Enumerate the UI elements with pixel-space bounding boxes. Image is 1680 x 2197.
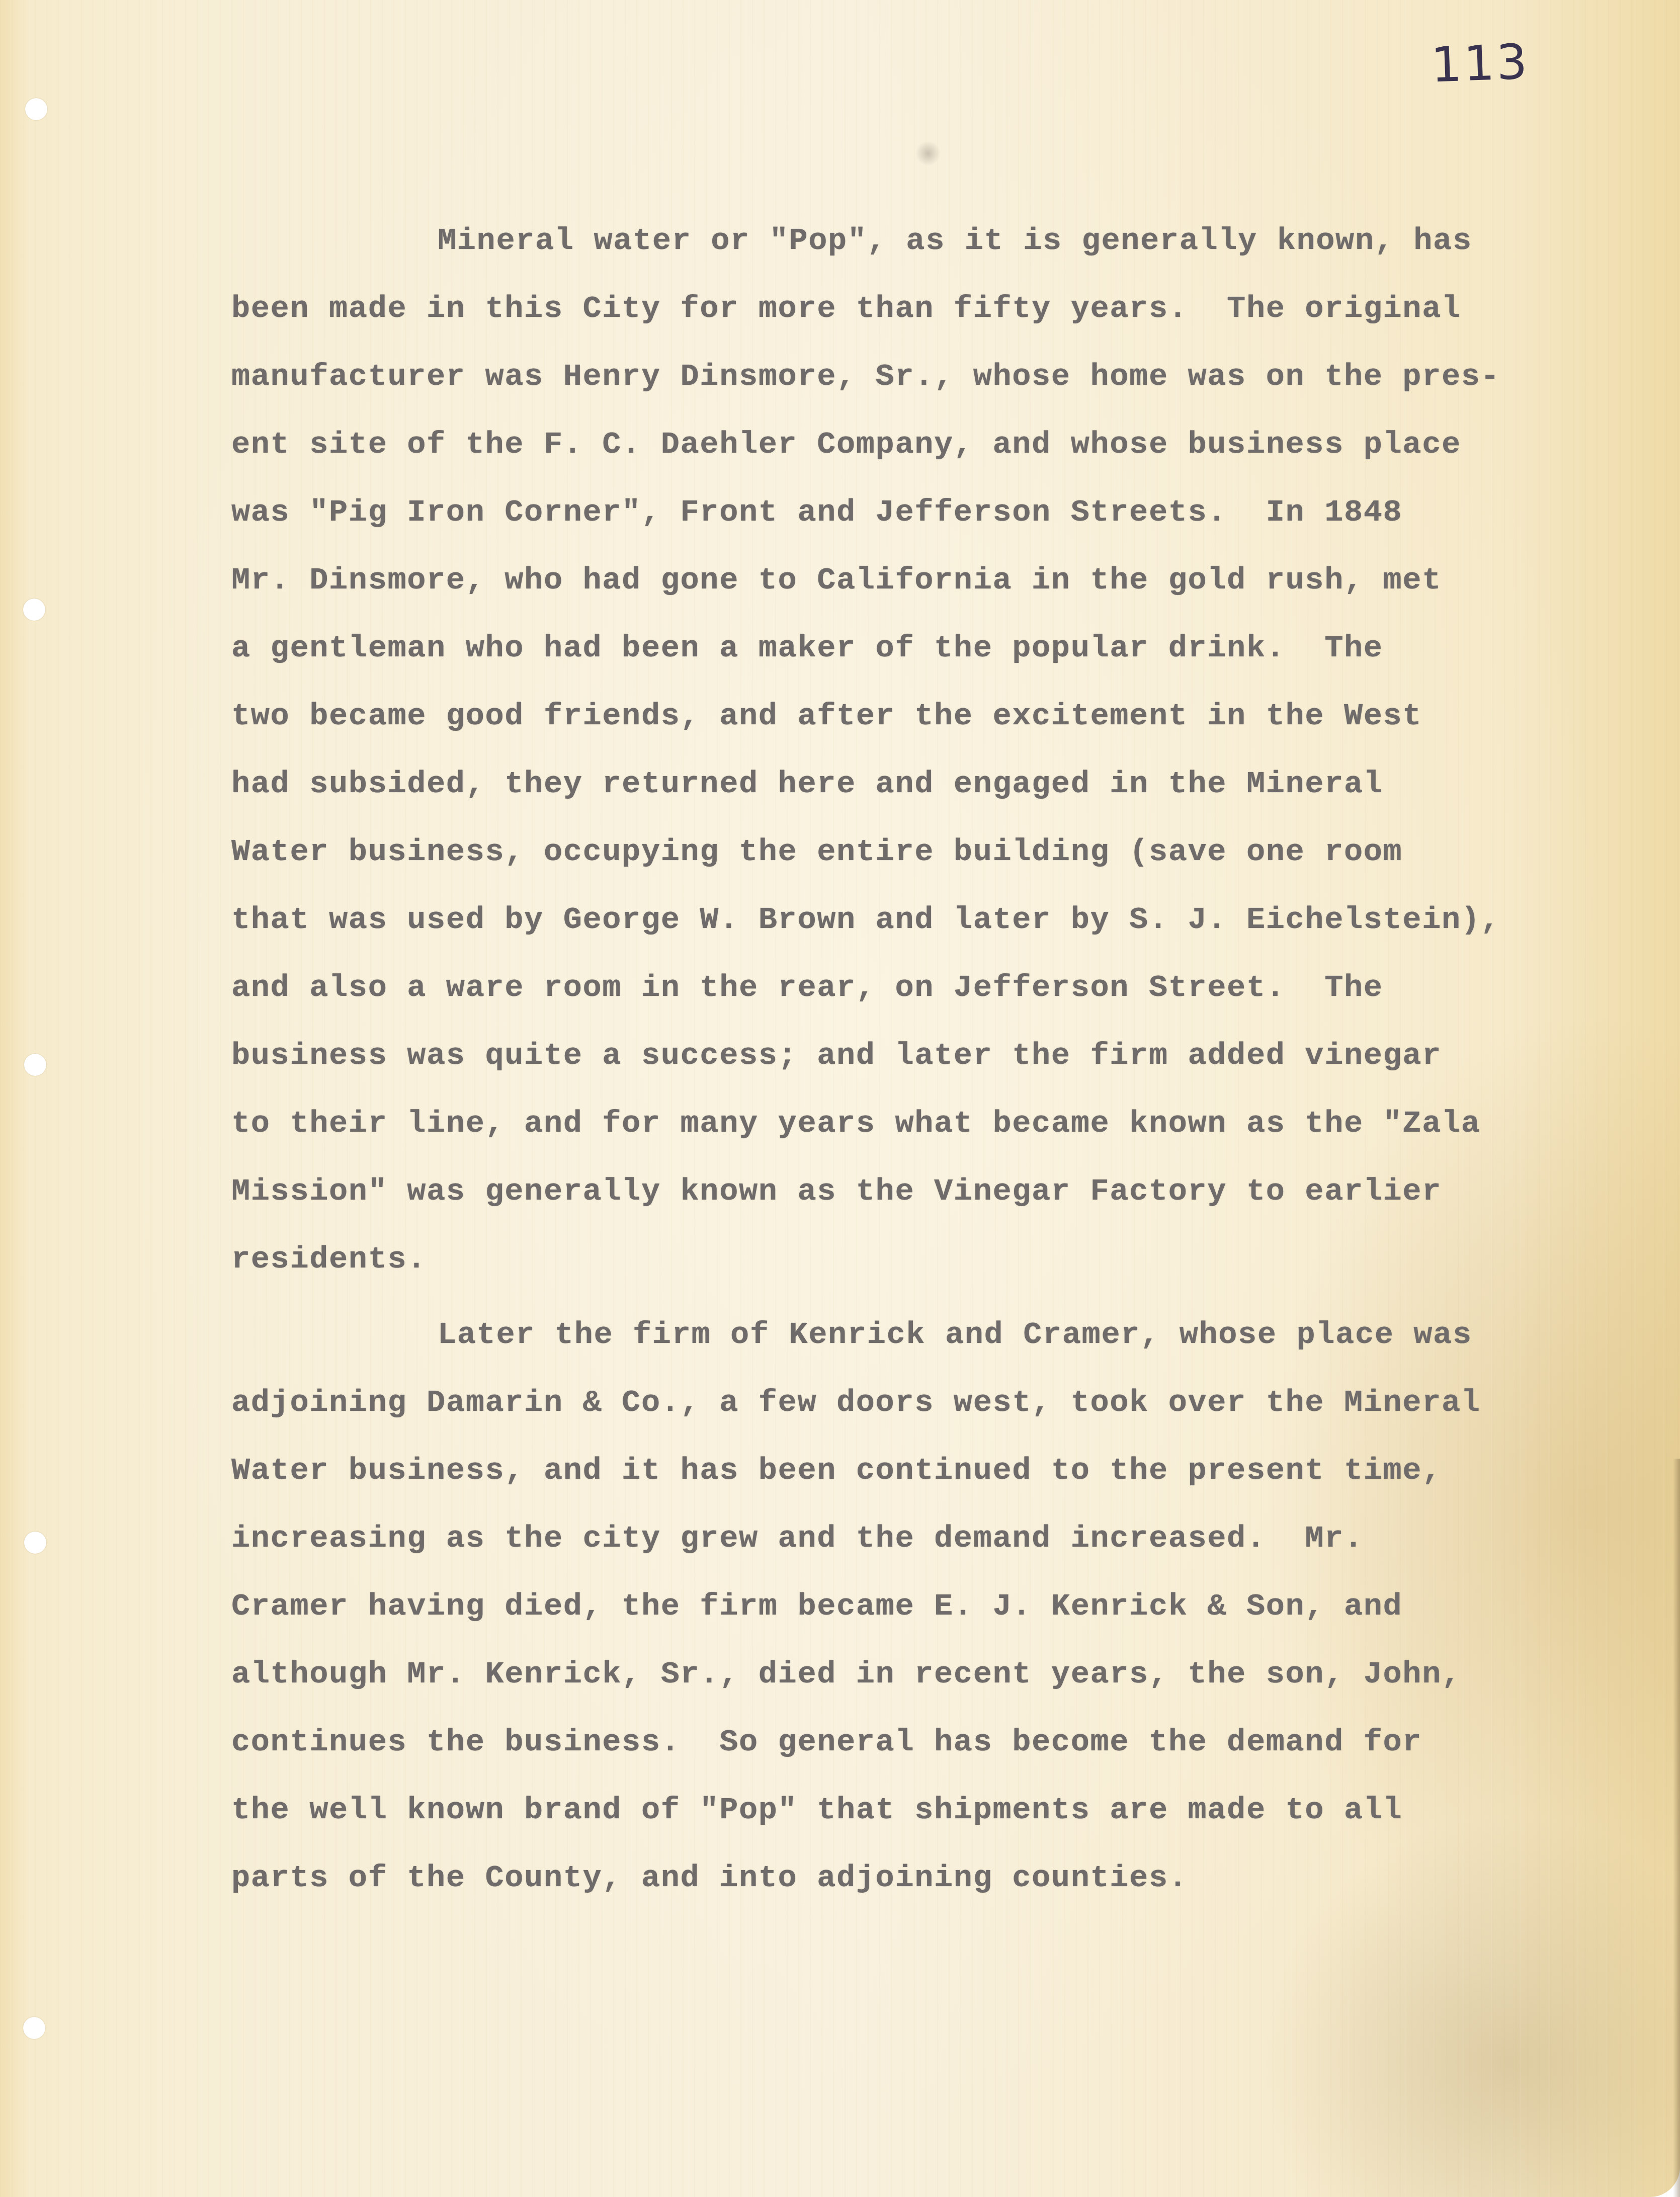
punch-hole-4	[24, 1532, 46, 1554]
typed-line: been made in this City for more than fif…	[231, 293, 1461, 324]
typed-line: Water business, and it has been continue…	[231, 1455, 1442, 1486]
typed-line: Later the firm of Kenrick and Cramer, wh…	[438, 1319, 1472, 1350]
typed-line: and also a ware room in the rear, on Jef…	[231, 972, 1383, 1003]
typed-line: Cramer having died, the firm became E. J…	[231, 1591, 1402, 1622]
punch-hole-3	[24, 1054, 46, 1076]
typed-line: parts of the County, and into adjoining …	[231, 1863, 1188, 1894]
handwritten-page-number: 113	[1430, 34, 1530, 94]
punch-hole-2	[23, 599, 45, 621]
punch-hole-5	[23, 2017, 45, 2039]
typed-line: residents.	[231, 1244, 427, 1275]
typed-line: although Mr. Kenrick, Sr., died in recen…	[231, 1659, 1461, 1690]
typed-line: ent site of the F. C. Daehler Company, a…	[231, 429, 1461, 460]
typed-line: business was quite a success; and later …	[231, 1040, 1442, 1071]
punch-hole-1	[25, 98, 47, 120]
ink-smudge	[915, 141, 941, 166]
typed-line: continues the business. So general has b…	[231, 1727, 1422, 1758]
typed-line: had subsided, they returned here and eng…	[231, 769, 1383, 800]
typed-line: Mr. Dinsmore, who had gone to California…	[231, 565, 1442, 596]
page-edge-shadow	[1673, 1459, 1680, 2197]
typed-line: manufacturer was Henry Dinsmore, Sr., wh…	[231, 361, 1500, 392]
typed-line: increasing as the city grew and the dema…	[231, 1523, 1364, 1554]
typed-line: Mineral water or "Pop", as it is general…	[438, 225, 1472, 257]
typed-line: Water business, occupying the entire bui…	[231, 836, 1402, 868]
typed-line: two became good friends, and after the e…	[231, 701, 1422, 732]
document-page: 113 Mineral water or "Pop", as it is gen…	[0, 0, 1680, 2197]
typed-line: the well known brand of "Pop" that shipm…	[231, 1795, 1402, 1826]
typed-line: to their line, and for many years what b…	[231, 1108, 1481, 1139]
typed-line: Mission" was generally known as the Vine…	[231, 1176, 1442, 1207]
typed-line: was "Pig Iron Corner", Front and Jeffers…	[231, 497, 1402, 528]
typed-line: a gentleman who had been a maker of the …	[231, 633, 1383, 664]
typed-line: adjoining Damarin & Co., a few doors wes…	[231, 1387, 1481, 1418]
typed-line: that was used by George W. Brown and lat…	[231, 904, 1500, 936]
